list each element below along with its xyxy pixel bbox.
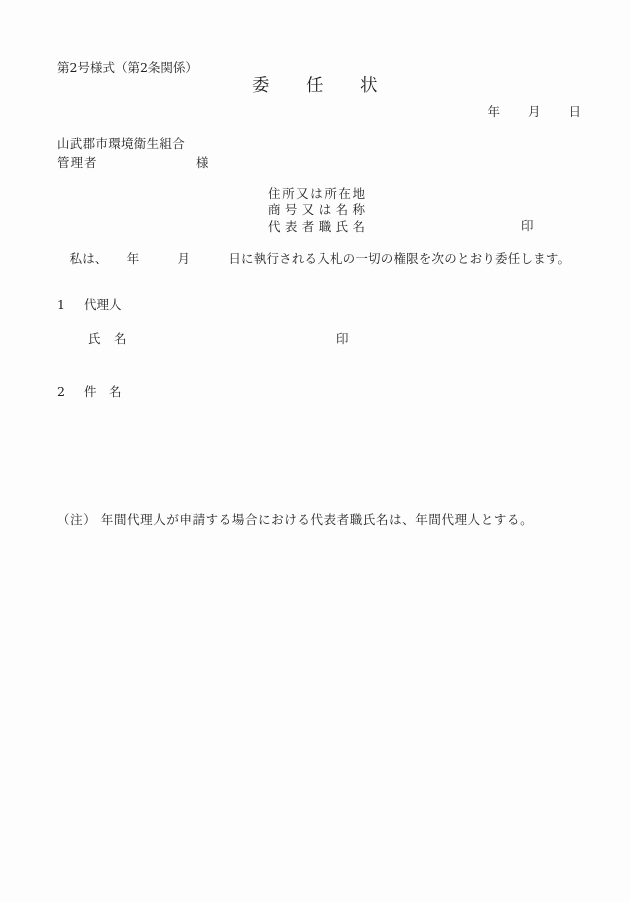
applicant-address-label: 住所又は所在地 xyxy=(268,186,365,202)
section-subject-label: 件 名 xyxy=(84,384,122,399)
section-subject-number: 2 xyxy=(57,384,84,400)
representative-seal-mark: 印 xyxy=(521,218,534,234)
applicant-representative-label: 代表者職氏名 xyxy=(268,219,365,235)
document-title: 委 任 状 xyxy=(0,72,630,97)
section-agent: 1代理人 xyxy=(57,297,122,313)
section-agent-number: 1 xyxy=(57,297,84,313)
applicant-label-block: 住所又は所在地 商号又は名称 代表者職氏名 xyxy=(268,186,365,235)
agent-name-label: 氏 名 xyxy=(88,331,127,347)
date-blank-line: 年 月 日 xyxy=(487,104,582,120)
section-subject: 2件 名 xyxy=(57,384,122,400)
agent-seal-mark: 印 xyxy=(336,331,349,347)
applicant-company-name-label: 商号又は名称 xyxy=(268,202,365,218)
document-page: 第2号様式（第2条関係） 委 任 状 年 月 日 山武郡市環境衛生組合 管理者 … xyxy=(0,0,630,903)
delegation-statement: 私は、 年 月 日に執行される入札の一切の権限を次のとおり委任します。 xyxy=(57,251,570,267)
addressee-recipient-title: 管理者 xyxy=(57,155,98,171)
addressee-organization: 山武郡市環境衛生組合 xyxy=(57,136,185,152)
section-agent-label: 代理人 xyxy=(84,297,122,312)
footnote: （注） 年間代理人が申請する場合における代表者職氏名は、年間代理人とする。 xyxy=(57,512,533,528)
addressee-honorific: 様 xyxy=(196,155,209,171)
